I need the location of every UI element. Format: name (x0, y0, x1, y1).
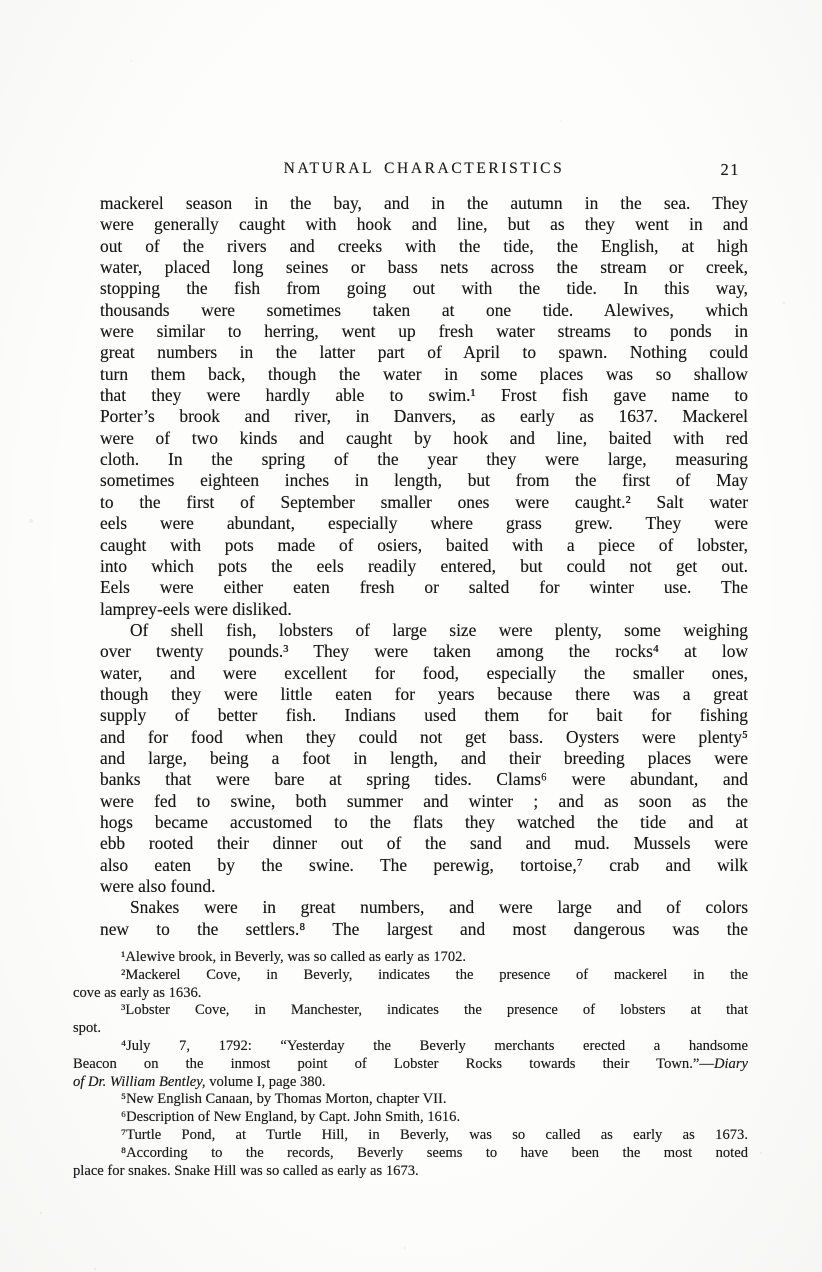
text-line: Beacon on the inmost point of Lobster Ro… (73, 1056, 748, 1074)
text-line: ebb rooted their dinner out of the sand … (100, 833, 748, 854)
text-line: supply of better fish. Indians used them… (100, 705, 748, 726)
text-line: ³Lobster Cove, in Manchester, indicates … (73, 1002, 748, 1020)
text-line: Eels were either eaten fresh or salted f… (100, 577, 748, 598)
text-line: over twenty pounds.³ They were taken amo… (100, 641, 748, 662)
text-line: mackerel season in the bay, and in the a… (100, 193, 748, 214)
footnote-4-source-title: of Dr. William Bentley, (73, 1074, 206, 1090)
text-line: were also found. (100, 876, 748, 897)
text-line: great numbers in the latter part of Apri… (100, 342, 748, 363)
text-line: sometimes eighteen inches in length, but… (100, 470, 748, 491)
text-line: though they were little eaten for years … (100, 684, 748, 705)
text-line: water, placed long seines or bass nets a… (100, 257, 748, 278)
text-line: spot. (73, 1020, 748, 1038)
text-line: ⁷Turtle Pond, at Turtle Hill, in Beverly… (73, 1127, 748, 1145)
text-line: out of the rivers and creeks with the ti… (100, 236, 748, 257)
page-title: NATURAL CHARACTERISTICS (100, 160, 748, 178)
text-line: caught with pots made of osiers, baited … (100, 535, 748, 556)
footnote-6: ⁶Description of New England, by Capt. Jo… (73, 1109, 748, 1127)
text-line: to the first of September smaller ones w… (100, 492, 748, 513)
text-line: cove as early as 1636. (73, 985, 748, 1003)
paragraph-snakes: Snakes were in great numbers, and were l… (100, 897, 748, 940)
text-line: Of shell fish, lobsters of large size we… (100, 620, 748, 641)
text-line: water, and were excellent for food, espe… (100, 663, 748, 684)
text-line: also eaten by the swine. The perewig, to… (100, 855, 748, 876)
text-line: that they were hardly able to swim.¹ Fro… (100, 385, 748, 406)
paragraph-shell-fish: Of shell fish, lobsters of large size we… (100, 620, 748, 897)
footnote-4-roman-text: Beacon on the inmost point of Lobster Ro… (73, 1056, 714, 1072)
text-line: ²Mackerel Cove, in Beverly, indicates th… (73, 967, 748, 985)
text-line: were similar to herring, went up fresh w… (100, 321, 748, 342)
text-line: ⁶Description of New England, by Capt. Jo… (73, 1109, 748, 1127)
footnote-2: ²Mackerel Cove, in Beverly, indicates th… (73, 967, 748, 1003)
text-line: ⁸According to the records, Beverly seems… (73, 1145, 748, 1163)
text-line: hogs became accustomed to the flats they… (100, 812, 748, 833)
text-line: ⁴July 7, 1792: “Yesterday the Beverly me… (73, 1038, 748, 1056)
text-line: new to the settlers.⁸ The largest and mo… (100, 919, 748, 940)
text-line: and for food when they could not get bas… (100, 727, 748, 748)
text-line: stopping the fish from going out with th… (100, 278, 748, 299)
footnote-3: ³Lobster Cove, in Manchester, indicates … (73, 1002, 748, 1038)
book-page: NATURAL CHARACTERISTICS 21 mackerel seas… (0, 0, 822, 1272)
footnote-1: ¹Alewive brook, in Beverly, was so calle… (73, 949, 748, 967)
text-line: ⁵New English Canaan, by Thomas Morton, c… (73, 1091, 748, 1109)
text-line: and large, being a foot in length, and t… (100, 748, 748, 769)
running-header: NATURAL CHARACTERISTICS 21 (100, 160, 748, 182)
text-line: ¹Alewive brook, in Beverly, was so calle… (73, 949, 748, 967)
text-line: Snakes were in great numbers, and were l… (100, 897, 748, 918)
footnotes-section: ¹Alewive brook, in Beverly, was so calle… (73, 949, 748, 1180)
text-line: turn them back, though the water in some… (100, 364, 748, 385)
text-line: into which pots the eels readily entered… (100, 556, 748, 577)
text-line: cloth. In the spring of the year they we… (100, 449, 748, 470)
footnote-4-roman-text: volume I, page 380. (206, 1074, 326, 1090)
footnote-4-source-title: Diary (714, 1056, 748, 1072)
paragraph-mackerel-season: mackerel season in the bay, and in the a… (100, 193, 748, 620)
footnote-4: ⁴July 7, 1792: “Yesterday the Beverly me… (73, 1038, 748, 1091)
text-line: of Dr. William Bentley, volume I, page 3… (73, 1074, 748, 1092)
text-line: thousands were sometimes taken at one ti… (100, 300, 748, 321)
text-line: place for snakes. Snake Hill was so call… (73, 1163, 748, 1181)
footnote-7: ⁷Turtle Pond, at Turtle Hill, in Beverly… (73, 1127, 748, 1145)
text-line: banks that were bare at spring tides. Cl… (100, 769, 748, 790)
footnote-8: ⁸According to the records, Beverly seems… (73, 1145, 748, 1181)
footnote-5: ⁵New English Canaan, by Thomas Morton, c… (73, 1091, 748, 1109)
page-number: 21 (721, 160, 741, 180)
text-line: eels were abundant, especially where gra… (100, 513, 748, 534)
text-line: lamprey-eels were disliked. (100, 599, 748, 620)
text-line: were of two kinds and caught by hook and… (100, 428, 748, 449)
text-line: Porter’s brook and river, in Danvers, as… (100, 406, 748, 427)
text-line: were generally caught with hook and line… (100, 214, 748, 235)
body-text: mackerel season in the bay, and in the a… (100, 193, 748, 940)
text-line: were fed to swine, both summer and winte… (100, 791, 748, 812)
